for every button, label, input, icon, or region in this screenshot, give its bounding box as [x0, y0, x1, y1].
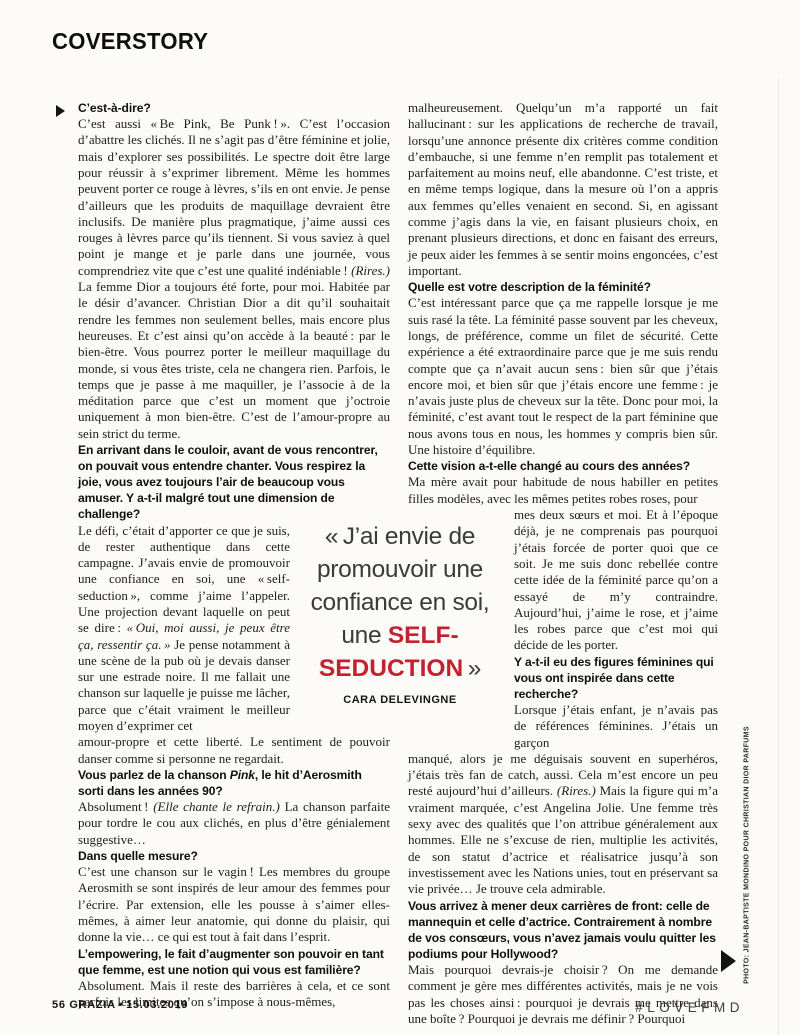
page-footer-issue: 56 GRAZIA • 15.03.2019: [52, 999, 188, 1011]
interview-answer: amour-propre et cette liberté. Le sentim…: [78, 734, 390, 767]
pull-quote-attribution: CARA DELEVINGNE: [284, 694, 516, 706]
question-marker-icon: [56, 105, 65, 117]
interview-answer: C’est aussi « Be Pink, Be Punk ! ». C’es…: [78, 116, 390, 442]
interview-question: Dans quelle mesure?: [78, 848, 390, 864]
interview-question: Vous arrivez à mener deux carrières de f…: [408, 898, 718, 962]
interview-question: En arrivant dans le couloir, avant de vo…: [78, 442, 390, 522]
interview-answer: Lorsque j’étais enfant, je n’avais pas d…: [514, 702, 718, 751]
pull-quote-line: SEDUCTION »: [284, 652, 516, 685]
pull-quote-text: « J’ai envie depromouvoir uneconfiance e…: [284, 520, 516, 685]
interview-question: L’empowering, le fait d’augmenter son po…: [78, 946, 390, 978]
interview-answer: Absolument ! (Elle chante le refrain.) L…: [78, 799, 390, 848]
interview-question: C’est-à-dire?: [78, 100, 390, 116]
interview-question: Cette vision a-t-elle changé au cours de…: [408, 458, 718, 474]
page-edge-line: [778, 78, 779, 1035]
section-kicker: COVERSTORY: [52, 28, 208, 55]
interview-answer: C’est une chanson sur le vagin ! Les mem…: [78, 864, 390, 945]
pull-quote-line: confiance en soi,: [284, 586, 516, 619]
interview-question: Quelle est votre description de la fémin…: [408, 279, 718, 295]
interview-answer: C’est intéressant parce que ça me rappel…: [408, 295, 718, 458]
watermark: #LOVEFMD: [635, 1000, 744, 1015]
pull-quote-line: promouvoir une: [284, 553, 516, 586]
interview-answer: Le défi, c’était d’apporter ce que je su…: [78, 523, 290, 735]
pull-quote: « J’ai envie depromouvoir uneconfiance e…: [284, 520, 516, 706]
interview-answer: malheureusement. Quelqu’un m’a rapporté …: [408, 100, 718, 279]
interview-question: Y a-t-il eu des figures féminines qui vo…: [514, 654, 718, 702]
magazine-page: COVERSTORY C’est-à-dire?C’est aussi « Be…: [0, 0, 800, 1035]
interview-answer: Ma mère avait pour habitude de nous habi…: [408, 474, 718, 507]
interview-answer: mes deux sœurs et moi. Et à l’époque déj…: [514, 507, 718, 654]
interview-question: Vous parlez de la chanson Pink, le hit d…: [78, 767, 390, 799]
pull-quote-line: « J’ai envie de: [284, 520, 516, 553]
photo-credit: PHOTO: JEAN-BAPTISTE MONDINO POUR CHRIST…: [744, 726, 751, 984]
next-page-arrow-icon: [721, 950, 736, 972]
interview-answer: manqué, alors je me déguisais souvent en…: [408, 751, 718, 898]
pull-quote-line: une SELF-: [284, 619, 516, 652]
interview-answer: Mais pourquoi devrais-je choisir ? On me…: [408, 962, 718, 1027]
